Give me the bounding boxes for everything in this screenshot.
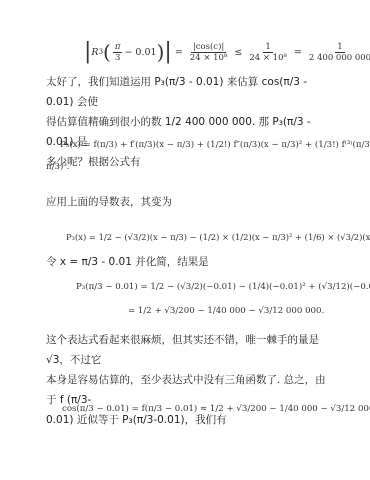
equation-taylor-general: P₃(x) = f(π/3) + f′(π/3)(x − π/3) + (1/2… bbox=[60, 140, 370, 150]
remainder-symbol: R bbox=[91, 47, 98, 58]
paren-right: ) bbox=[157, 42, 165, 62]
fraction-pi-over-3: π3 bbox=[113, 42, 123, 63]
paragraph-2: 应用上面的导数表，其变为 bbox=[46, 192, 336, 212]
less-equal: ≤ bbox=[234, 47, 242, 58]
equals: = bbox=[294, 47, 302, 58]
equals: = bbox=[175, 47, 183, 58]
equation-line: cos(π/3 − 0.01) = f(π/3 − 0.01) ≈ 1/2 + … bbox=[62, 404, 370, 414]
equation-line: P₃(x) = f(π/3) + f′(π/3)(x − π/3) + (1/2… bbox=[60, 140, 370, 150]
paragraph-4: 这个表达式看起来很麻烦，但其实还不错，唯一棘手的量是 √3，不过它 本身是容易估… bbox=[46, 330, 336, 430]
paren-left: ( bbox=[103, 42, 111, 62]
equation-taylor-general-cont: π/3)³. bbox=[46, 162, 70, 172]
text-line: 太好了，我们知道运用 P₃(π/3 - 0.01) 来估算 cos(π/3 - … bbox=[46, 72, 336, 112]
text-line: 应用上面的导数表，其变为 bbox=[46, 192, 336, 212]
equation-remainder-bound: | R3 ( π3 − 0.01 ) | = |cos(c)|24 × 10⁸ … bbox=[84, 36, 370, 68]
equation-taylor-applied: P₃(x) = 1/2 − (√3/2)(x − π/3) − (1/2) × … bbox=[66, 232, 370, 242]
abs-bar-right: | bbox=[164, 41, 171, 63]
equation-final: cos(π/3 − 0.01) = f(π/3 − 0.01) ≈ 1/2 + … bbox=[62, 404, 370, 414]
minus-term: − 0.01 bbox=[124, 47, 156, 58]
equation-line: P₃(x) = 1/2 − (√3/2)(x − π/3) − (1/2) × … bbox=[66, 232, 370, 242]
equation-line: = 1/2 + √3/200 − 1/40 000 − √3/12 000 00… bbox=[128, 306, 324, 316]
paragraph-1: 太好了，我们知道运用 P₃(π/3 - 0.01) 来估算 cos(π/3 - … bbox=[46, 72, 336, 172]
fraction-one-over-24e8: 124 × 10⁸ bbox=[247, 42, 289, 63]
equation-substitution-1: P₃(π/3 − 0.01) = 1/2 − (√3/2)(−0.01) − (… bbox=[76, 282, 370, 292]
fraction-one-over-2.4e9: 12 400 000 000 bbox=[307, 42, 370, 63]
paragraph-3: 令 x = π/3 - 0.01 并化简，结果是 bbox=[46, 252, 336, 272]
document-page: | R3 ( π3 − 0.01 ) | = |cos(c)|24 × 10⁸ … bbox=[0, 0, 370, 480]
equation-line: π/3)³. bbox=[46, 162, 70, 172]
text-line: 这个表达式看起来很麻烦，但其实还不错，唯一棘手的量是 √3，不过它 bbox=[46, 330, 336, 370]
text-line: 多少呢？根据公式有 bbox=[46, 152, 336, 172]
equation-line: P₃(π/3 − 0.01) = 1/2 − (√3/2)(−0.01) − (… bbox=[76, 282, 370, 292]
equation-substitution-2: = 1/2 + √3/200 − 1/40 000 − √3/12 000 00… bbox=[128, 306, 324, 316]
text-line: 令 x = π/3 - 0.01 并化简，结果是 bbox=[46, 252, 336, 272]
fraction-cos-c: |cos(c)|24 × 10⁸ bbox=[188, 42, 230, 63]
